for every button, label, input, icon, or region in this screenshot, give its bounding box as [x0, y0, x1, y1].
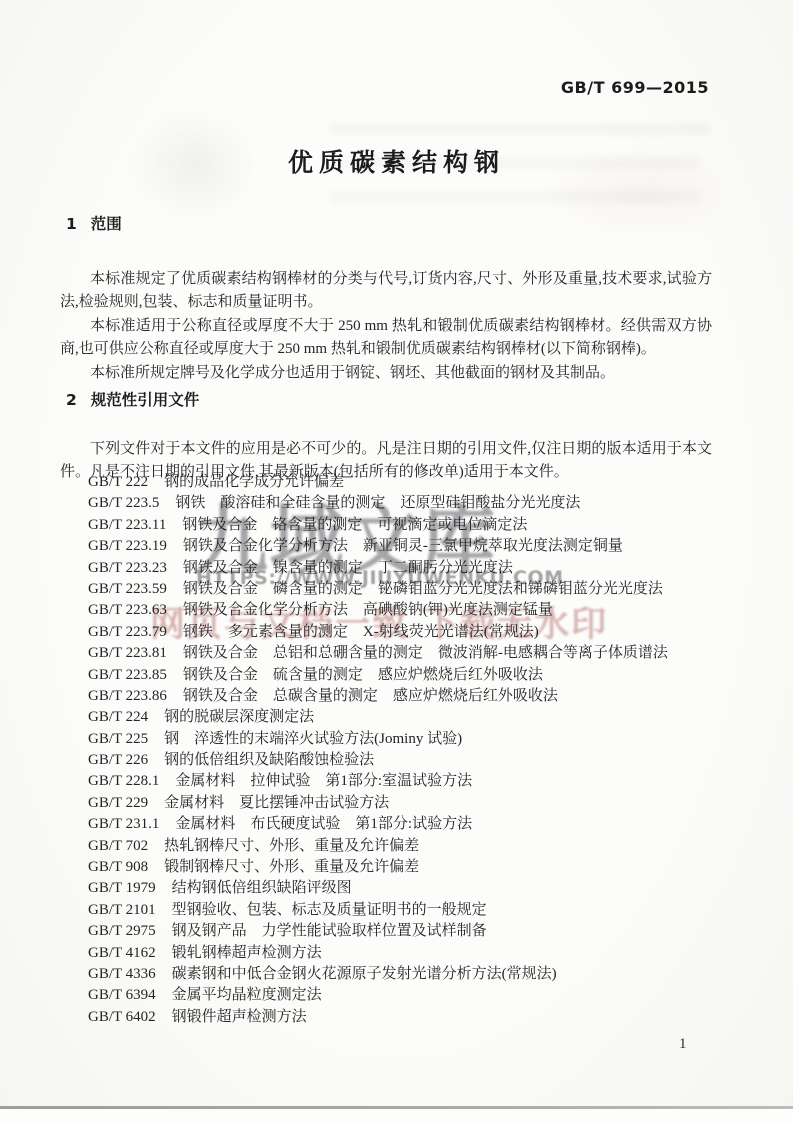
paragraph: 本标准规定了优质碳素结构钢棒材的分类与代号,订货内容,尺寸、外形及重量,技术要求…: [60, 268, 712, 314]
reference-code: GB/T 223.5: [88, 493, 159, 514]
reference-title: 钢的成品化学成分允许偏差: [164, 472, 344, 493]
reference-item: GB/T 702热轧钢棒尺寸、外形、重量及允许偏差: [88, 836, 728, 857]
reference-item: GB/T 225钢 淬透性的末端淬火试验方法(Jominy 试验): [88, 729, 728, 750]
reference-code: GB/T 223.59: [88, 579, 167, 600]
reference-item: GB/T 223.81钢铁及合金 总铝和总硼含量的测定 微波消解-电感耦合等离子…: [88, 643, 728, 664]
document-page: 九域文库 HTTPS://WWW.JIUYUWENKU.COM 网页与文档一致 …: [0, 0, 793, 1122]
reference-item: GB/T 223.23钢铁及合金 镍含量的测定 丁二酮肟分光光度法: [88, 558, 728, 579]
reference-title: 钢铁及合金化学分析方法 新亚铜灵-三氯甲烷萃取光度法测定铜量: [183, 536, 623, 557]
reference-title: 钢锻件超声检测方法: [172, 1007, 307, 1028]
reference-code: GB/T 223.79: [88, 622, 167, 643]
reference-title: 钢铁及合金 镍含量的测定 丁二酮肟分光光度法: [183, 558, 513, 579]
section-heading-scope: 1 范围: [66, 212, 122, 234]
reference-title: 金属材料 拉伸试验 第1部分:室温试验方法: [175, 771, 472, 792]
reference-title: 结构钢低倍组织缺陷评级图: [172, 878, 352, 899]
reference-code: GB/T 229: [88, 793, 148, 814]
reference-title: 钢铁及合金 总碳含量的测定 感应炉燃烧后红外吸收法: [183, 686, 558, 707]
reference-code: GB/T 4336: [88, 964, 156, 985]
reference-item: GB/T 223.5钢铁 酸溶硅和全硅含量的测定 还原型硅钼酸盐分光光度法: [88, 493, 728, 514]
reference-item: GB/T 223.86钢铁及合金 总碳含量的测定 感应炉燃烧后红外吸收法: [88, 686, 728, 707]
reference-code: GB/T 224: [88, 707, 148, 728]
reference-item: GB/T 223.19钢铁及合金化学分析方法 新亚铜灵-三氯甲烷萃取光度法测定铜…: [88, 536, 728, 557]
reference-title: 钢铁及合金 硫含量的测定 感应炉燃烧后红外吸收法: [183, 665, 543, 686]
reference-code: GB/T 223.23: [88, 558, 167, 579]
section-number: 1: [66, 215, 77, 233]
reference-title: 钢铁及合金 铬含量的测定 可视滴定或电位滴定法: [182, 515, 527, 536]
reference-title: 锻制钢棒尺寸、外形、重量及允许偏差: [164, 857, 419, 878]
reference-item: GB/T 224钢的脱碳层深度测定法: [88, 707, 728, 728]
reference-item: GB/T 223.85钢铁及合金 硫含量的测定 感应炉燃烧后红外吸收法: [88, 665, 728, 686]
reference-code: GB/T 6394: [88, 985, 156, 1006]
reference-code: GB/T 223.85: [88, 665, 167, 686]
reference-item: GB/T 223.11钢铁及合金 铬含量的测定 可视滴定或电位滴定法: [88, 515, 728, 536]
reference-title: 钢铁及合金 总铝和总硼含量的测定 微波消解-电感耦合等离子体质谱法: [183, 643, 668, 664]
reference-title: 钢铁 酸溶硅和全硅含量的测定 还原型硅钼酸盐分光光度法: [175, 493, 580, 514]
reference-title: 钢铁 多元素含量的测定 X-射线荧光光谱法(常规法): [183, 622, 539, 643]
reference-code: GB/T 2975: [88, 921, 156, 942]
document-title: 优质碳素结构钢: [0, 143, 793, 179]
reference-code: GB/T 231.1: [88, 814, 159, 835]
reference-title: 钢 淬透性的末端淬火试验方法(Jominy 试验): [164, 729, 462, 750]
reference-code: GB/T 225: [88, 729, 148, 750]
reference-item: GB/T 4162锻轧钢棒超声检测方法: [88, 943, 728, 964]
reference-code: GB/T 908: [88, 857, 148, 878]
section-number: 2: [66, 391, 77, 409]
reference-item: GB/T 223.63钢铁及合金化学分析方法 高碘酸钠(钾)光度法测定锰量: [88, 600, 728, 621]
reference-item: GB/T 229金属材料 夏比摆锤冲击试验方法: [88, 793, 728, 814]
reference-item: GB/T 223.59钢铁及合金 磷含量的测定 铋磷钼蓝分光光度法和锑磷钼蓝分光…: [88, 579, 728, 600]
reference-title: 碳素钢和中低合金钢火花源原子发射光谱分析方法(常规法): [172, 964, 557, 985]
reference-code: GB/T 223.63: [88, 600, 167, 621]
reference-code: GB/T 702: [88, 836, 148, 857]
section-title: 规范性引用文件: [91, 388, 200, 410]
reference-item: GB/T 2975钢及钢产品 力学性能试验取样位置及试样制备: [88, 921, 728, 942]
reference-title: 钢铁及合金 磷含量的测定 铋磷钼蓝分光光度法和锑磷钼蓝分光光度法: [183, 579, 663, 600]
reference-item: GB/T 226钢的低倍组织及缺陷酸蚀检验法: [88, 750, 728, 771]
reference-code: GB/T 223.86: [88, 686, 167, 707]
reference-code: GB/T 228.1: [88, 771, 159, 792]
standard-number: GB/T 699—2015: [561, 78, 709, 97]
reference-code: GB/T 2101: [88, 900, 156, 921]
paragraph: 本标准所规定牌号及化学成分也适用于钢锭、钢坯、其他截面的钢材及其制品。: [60, 362, 712, 385]
reference-item: GB/T 4336碳素钢和中低合金钢火花源原子发射光谱分析方法(常规法): [88, 964, 728, 985]
reference-code: GB/T 222: [88, 472, 148, 493]
reference-code: GB/T 223.11: [88, 515, 166, 536]
reference-item: GB/T 222钢的成品化学成分允许偏差: [88, 472, 728, 493]
reference-item: GB/T 228.1金属材料 拉伸试验 第1部分:室温试验方法: [88, 771, 728, 792]
section-heading-normative-references: 2 规范性引用文件: [66, 388, 199, 410]
page-number: 1: [679, 1036, 687, 1053]
reference-code: GB/T 223.81: [88, 643, 167, 664]
reference-item: GB/T 1979结构钢低倍组织缺陷评级图: [88, 878, 728, 899]
reference-item: GB/T 231.1金属材料 布氏硬度试验 第1部分:试验方法: [88, 814, 728, 835]
reference-title: 锻轧钢棒超声检测方法: [172, 943, 322, 964]
reference-title: 热轧钢棒尺寸、外形、重量及允许偏差: [164, 836, 419, 857]
reference-code: GB/T 4162: [88, 943, 156, 964]
reference-title: 金属平均晶粒度测定法: [172, 985, 322, 1006]
reference-title: 金属材料 布氏硬度试验 第1部分:试验方法: [175, 814, 472, 835]
reference-title: 钢的低倍组织及缺陷酸蚀检验法: [164, 750, 374, 771]
paragraph: 本标准适用于公称直径或厚度不大于 250 mm 热轧和锻制优质碳素结构钢棒材。经…: [60, 315, 712, 361]
reference-code: GB/T 1979: [88, 878, 156, 899]
reference-title: 钢铁及合金化学分析方法 高碘酸钠(钾)光度法测定锰量: [183, 600, 553, 621]
reference-code: GB/T 223.19: [88, 536, 167, 557]
reference-item: GB/T 6402钢锻件超声检测方法: [88, 1007, 728, 1028]
reference-title: 钢及钢产品 力学性能试验取样位置及试样制备: [172, 921, 487, 942]
section-title: 范围: [91, 212, 122, 234]
references-list: GB/T 222钢的成品化学成分允许偏差GB/T 223.5钢铁 酸溶硅和全硅含…: [88, 472, 728, 1028]
reference-item: GB/T 223.79钢铁 多元素含量的测定 X-射线荧光光谱法(常规法): [88, 622, 728, 643]
reference-item: GB/T 2101型钢验收、包装、标志及质量证明书的一般规定: [88, 900, 728, 921]
reference-title: 钢的脱碳层深度测定法: [164, 707, 314, 728]
reference-code: GB/T 226: [88, 750, 148, 771]
scan-margin: [0, 1109, 793, 1122]
reference-item: GB/T 908锻制钢棒尺寸、外形、重量及允许偏差: [88, 857, 728, 878]
reference-title: 型钢验收、包装、标志及质量证明书的一般规定: [172, 900, 487, 921]
reference-item: GB/T 6394金属平均晶粒度测定法: [88, 985, 728, 1006]
reference-code: GB/T 6402: [88, 1007, 156, 1028]
reference-title: 金属材料 夏比摆锤冲击试验方法: [164, 793, 389, 814]
